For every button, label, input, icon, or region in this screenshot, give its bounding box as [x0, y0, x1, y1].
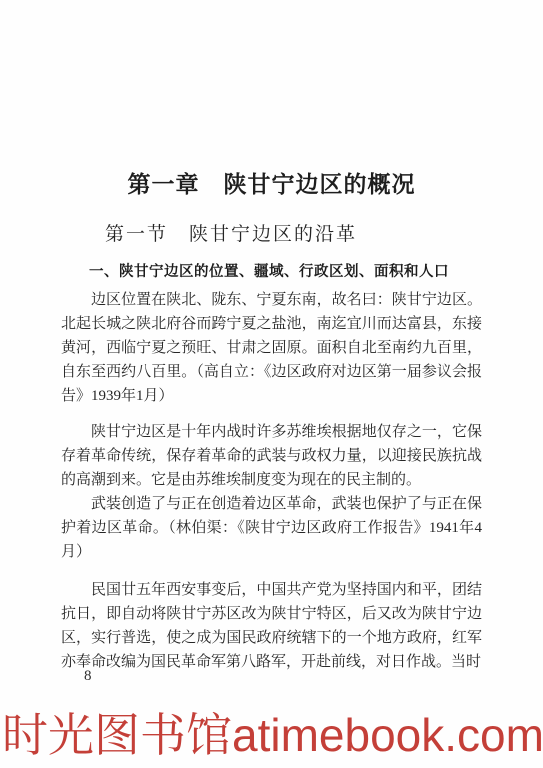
quote-block-lin-boqu: 陕甘宁边区是十年内战时许多苏维埃根据地仅存之一，它保存着革命传统，保存着革命的武…	[61, 420, 482, 564]
chapter-title: 第一章 陕甘宁边区的概况	[0, 166, 543, 199]
quote-paragraph: 陕甘宁边区是十年内战时许多苏维埃根据地仅存之一，它保存着革命传统，保存着革命的武…	[61, 420, 482, 492]
page-number: 8	[84, 668, 92, 685]
scanned-book-page: 第一章 陕甘宁边区的概况 第一节 陕甘宁边区的沿革 一、陕甘宁边区的位置、疆域、…	[0, 0, 543, 768]
quote-block-gao-zili: 边区位置在陕北、陇东、宁夏东南，故名曰：陕甘宁边区。北起长城之陕北府谷而跨宁夏之…	[61, 288, 482, 408]
main-text-block: 民国廿五年西安事变后，中国共产党为坚持国内和平，团结抗日，即自动将陕甘宁苏区改为…	[61, 578, 482, 674]
body-paragraph: 民国廿五年西安事变后，中国共产党为坚持国内和平，团结抗日，即自动将陕甘宁苏区改为…	[61, 578, 482, 674]
section-title: 第一节 陕甘宁边区的沿革	[105, 219, 357, 246]
watermark-text: 时光图书馆atimebook.com	[2, 699, 543, 765]
subsection-heading: 一、陕甘宁边区的位置、疆域、行政区划、面积和人口	[89, 260, 449, 281]
quote-paragraph: 边区位置在陕北、陇东、宁夏东南，故名曰：陕甘宁边区。北起长城之陕北府谷而跨宁夏之…	[61, 288, 482, 408]
quote-paragraph: 武装创造了与正在创造着边区革命，武装也保护了与正在保护着边区革命。（林伯渠：《陕…	[61, 492, 482, 564]
